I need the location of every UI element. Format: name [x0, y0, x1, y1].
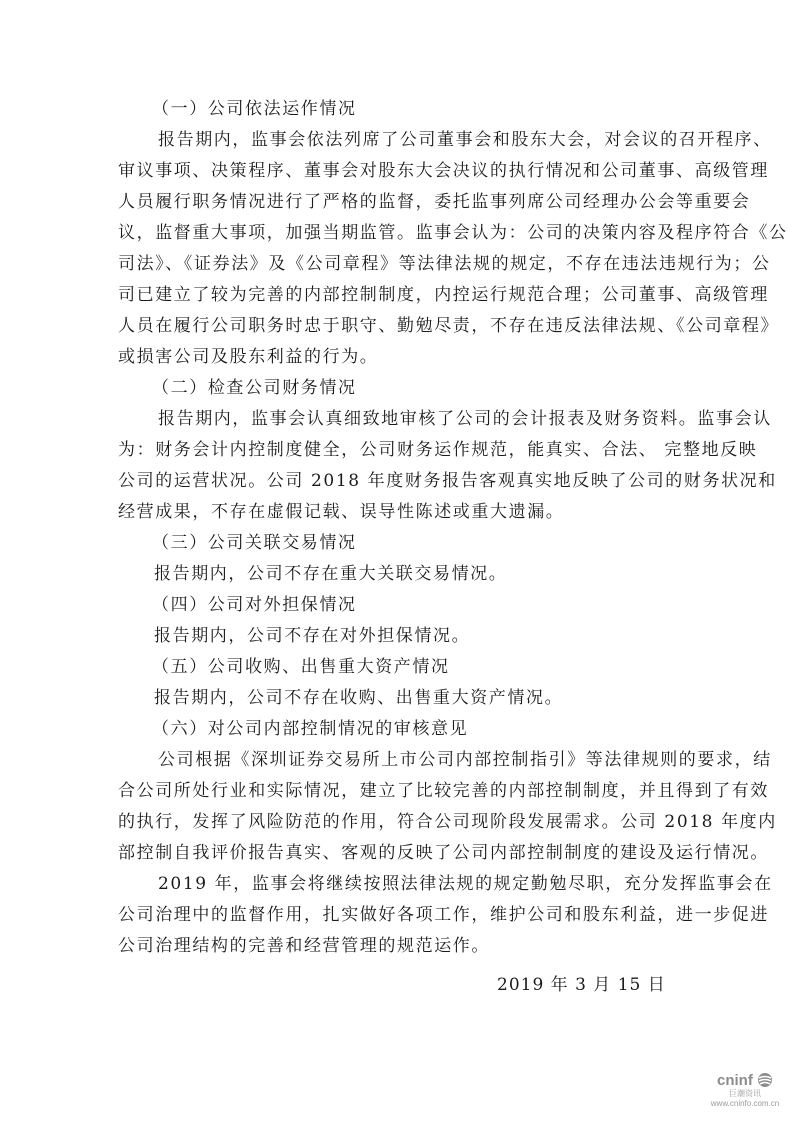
paragraph-line: 人员在履行公司职务时忠于职守、勤勉尽责，不存在违反法律法规、《公司章程》 [118, 311, 692, 342]
paragraph-line: 为：财务会计内控制度健全，公司财务运作规范，能真实、合法、 完整地反映 [118, 435, 692, 466]
paragraph-line: 司已建立了较为完善的内部控制制度，内控运行规范合理；公司董事、高级管理 [118, 280, 692, 311]
watermark-cn-name: 巨潮资讯 [700, 1089, 790, 1099]
document-body: （一）公司依法运作情况 报告期内，监事会依法列席了公司董事会和股东大会，对会议的… [118, 94, 692, 962]
paragraph-line: 报告期内，监事会依法列席了公司董事会和股东大会，对会议的召开程序、 [118, 125, 692, 156]
paragraph-line: 合公司所处行业和实际情况，建立了比较完善的内部控制制度，并且得到了有效 [118, 776, 692, 807]
paragraph-line: 报告期内，公司不存在收购、出售重大资产情况。 [118, 683, 692, 714]
cninfo-watermark: cninf 巨潮资讯 www.cninfo.com.cn [700, 1072, 790, 1109]
paragraph-line: 经营成果，不存在虚假记载、误导性陈述或重大遗漏。 [118, 497, 692, 528]
paragraph-line: 或损害公司及股东利益的行为。 [118, 342, 692, 373]
cninfo-logo-icon [757, 1072, 773, 1088]
closing-line: 2019 年，监事会将继续按照法律法规的规定勤勉尽职，充分发挥监事会在 [118, 869, 692, 900]
section-heading: （四）公司对外担保情况 [118, 590, 692, 621]
paragraph-line: 人员履行职务情况进行了严格的监督，委托监事列席公司经理办公会等重要会 [118, 187, 692, 218]
section-heading: （一）公司依法运作情况 [118, 94, 692, 125]
watermark-url: www.cninfo.com.cn [700, 1099, 790, 1109]
closing-line: 公司治理结构的完善和经营管理的规范运作。 [118, 931, 692, 962]
paragraph-line: 的执行，发挥了风险防范的作用，符合公司现阶段发展需求。公司 2018 年度内 [118, 807, 692, 838]
paragraph-line: 报告期内，公司不存在对外担保情况。 [118, 621, 692, 652]
paragraph-line: 报告期内，公司不存在重大关联交易情况。 [118, 559, 692, 590]
paragraph-line: 部控制自我评价报告真实、客观的反映了公司内部控制制度的建设及运行情况。 [118, 838, 692, 869]
signature-date: 2019 年 3 月 15 日 [497, 970, 666, 1001]
section-heading: （五）公司收购、出售重大资产情况 [118, 652, 692, 683]
paragraph-line: 议，监督重大事项，加强当期监管。监事会认为：公司的决策内容及程序符合《公 [118, 218, 692, 249]
paragraph-line: 公司的运营状况。公司 2018 年度财务报告客观真实地反映了公司的财务状况和 [118, 466, 692, 497]
section-heading: （二）检查公司财务情况 [118, 373, 692, 404]
closing-line: 公司治理中的监督作用，扎实做好各项工作，维护公司和股东利益，进一步促进 [118, 900, 692, 931]
paragraph-line: 公司根据《深圳证券交易所上市公司内部控制指引》等法律规则的要求，结 [118, 745, 692, 776]
paragraph-line: 审议事项、决策程序、董事会对股东大会决议的执行情况和公司董事、高级管理 [118, 156, 692, 187]
section-heading: （三）公司关联交易情况 [118, 528, 692, 559]
paragraph-line: 报告期内，监事会认真细致地审核了公司的会计报表及财务资料。监事会认 [118, 404, 692, 435]
section-heading: （六）对公司内部控制情况的审核意见 [118, 714, 692, 745]
watermark-brand: cninf [700, 1072, 790, 1089]
paragraph-line: 司法》、《证券法》及《公司章程》等法律法规的规定，不存在违法违规行为；公 [118, 249, 692, 280]
